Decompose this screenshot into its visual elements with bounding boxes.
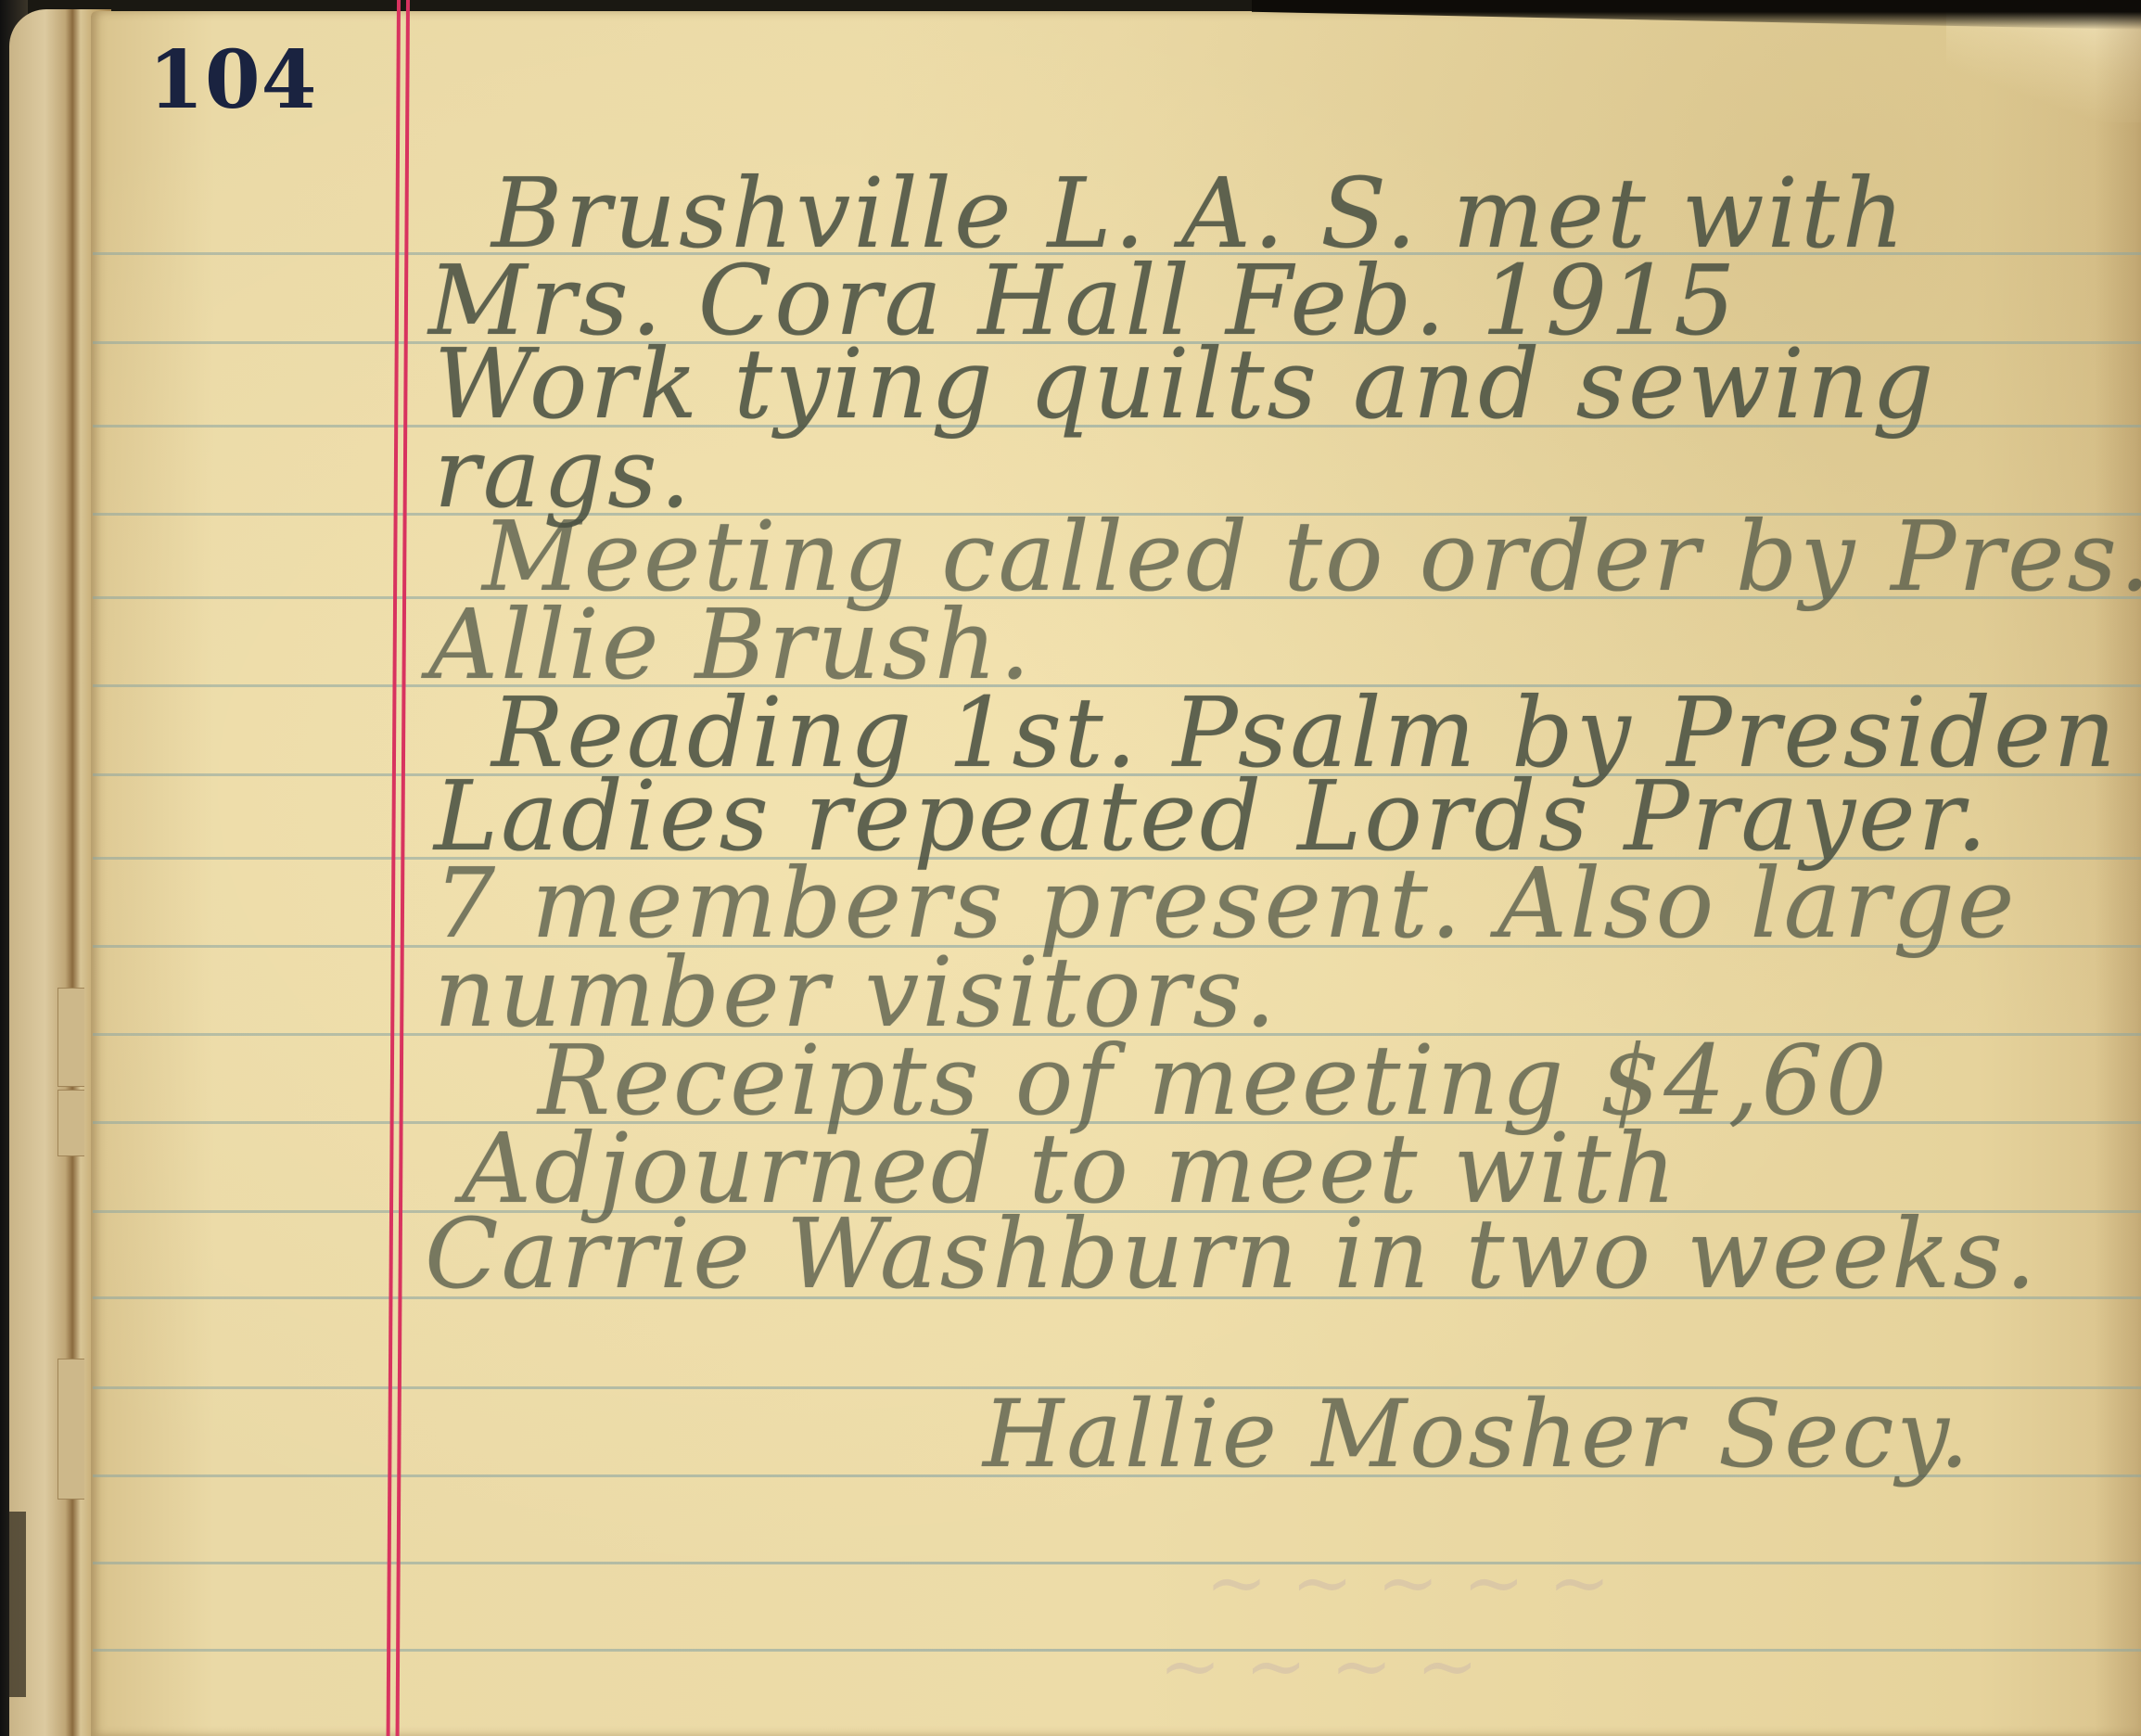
page-number: 104: [148, 33, 318, 127]
page-edge-tab: [57, 1359, 84, 1500]
ruled-line: [93, 1649, 2141, 1652]
scanned-notebook-page: 104 ~ ~ ~ ~ ~ ~ ~ ~ ~ Brushville L. A. S…: [0, 0, 2141, 1736]
secretary-signature: Hallie Mosher Secy.: [983, 1388, 1972, 1481]
page-edge-tab: [57, 988, 84, 1087]
page-edge-tab: [57, 1090, 84, 1156]
minutes-line-13: Carrie Washburn in two weeks.: [425, 1206, 2039, 1302]
bleed-through-text: ~ ~ ~ ~ ~: [1205, 1539, 1611, 1626]
bleed-through-text: ~ ~ ~ ~: [1159, 1623, 1478, 1709]
